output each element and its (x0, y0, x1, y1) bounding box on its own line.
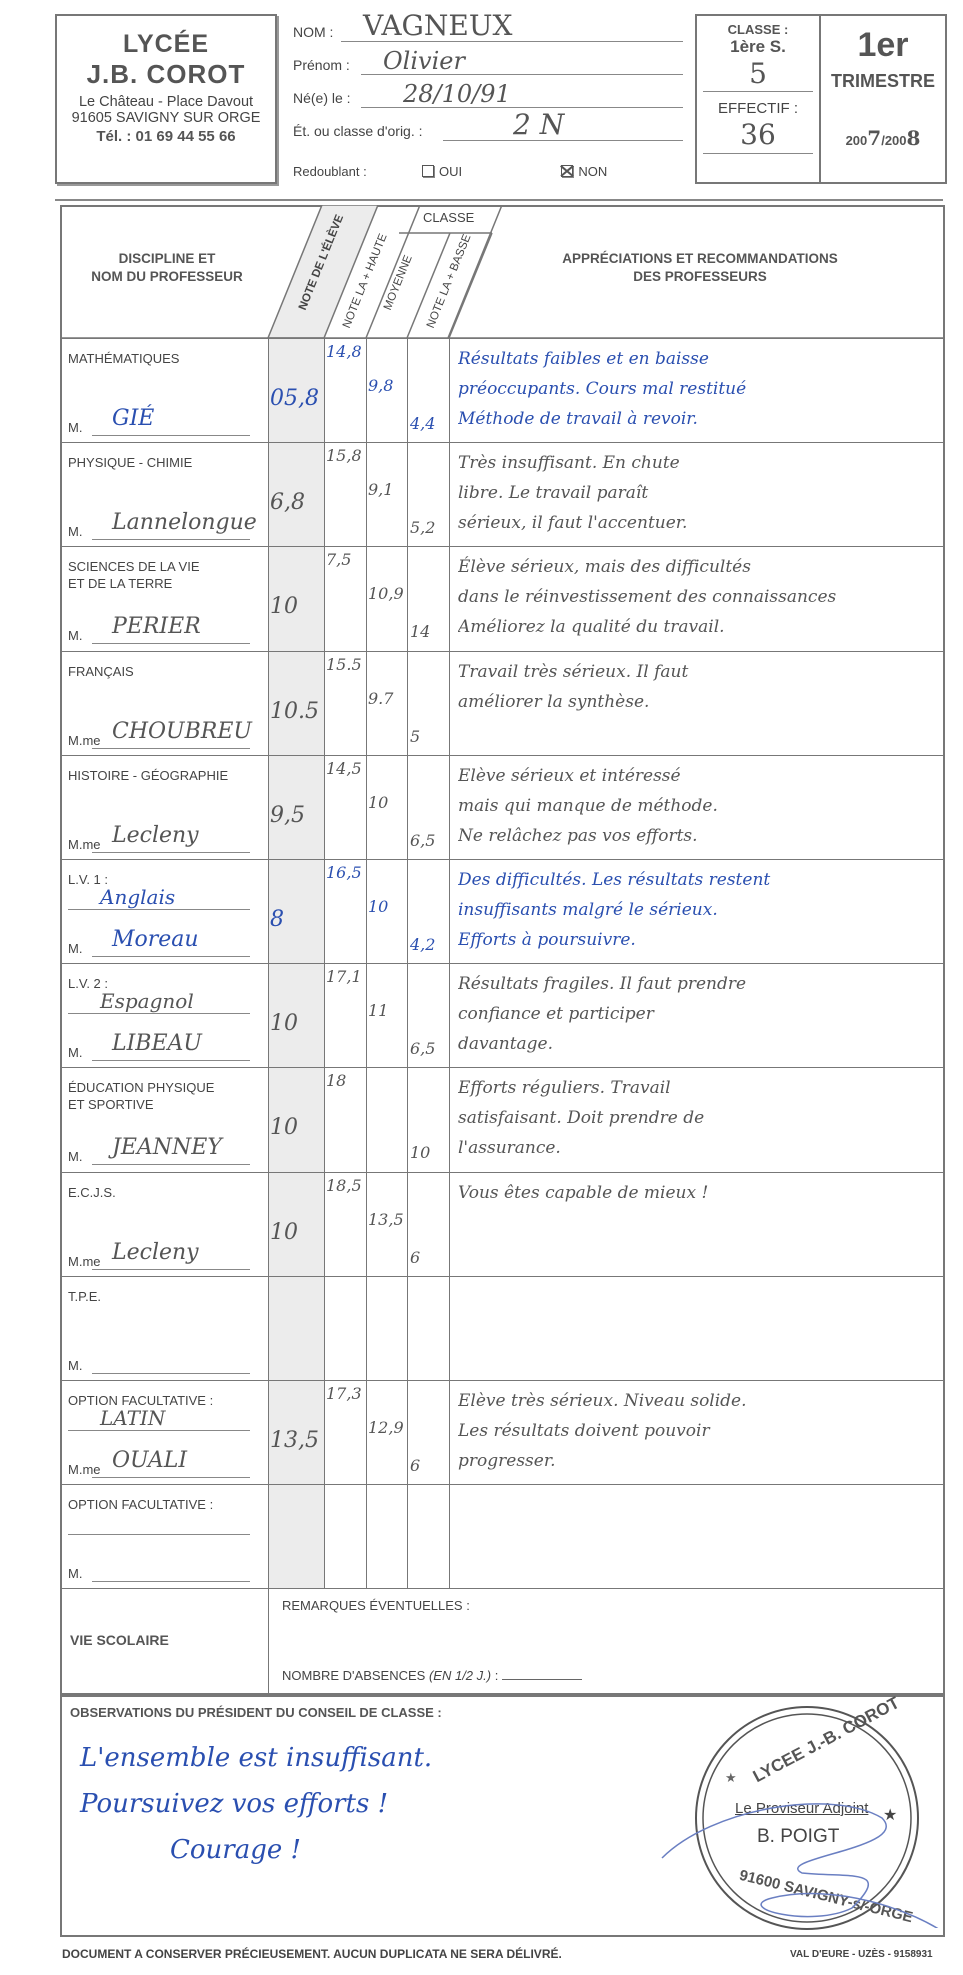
trimestre-label: TRIMESTRE (821, 71, 945, 92)
prenom-field[interactable]: Prénom : Olivier (293, 47, 683, 77)
note-eleve: 10 (270, 1115, 298, 1140)
subject-detail-line (68, 909, 250, 910)
moyenne: 10 (368, 793, 388, 812)
teacher-name: Moreau (112, 927, 199, 952)
observations-label: OBSERVATIONS DU PRÉSIDENT DU CONSEIL DE … (70, 1705, 442, 1720)
naissance-field[interactable]: Né(e) le : 28/10/91 (293, 80, 683, 110)
teacher-line (92, 539, 250, 540)
appreciation: Elève sérieux et intéressémais qui manqu… (458, 761, 938, 851)
note-haute: 15.5 (326, 655, 362, 674)
teacher-name: PERIER (112, 614, 201, 639)
row-line (60, 1484, 945, 1485)
subject-detail: Anglais (100, 885, 175, 909)
prenom-value: Olivier (383, 47, 465, 75)
appreciation: Résultats faibles et en baissepréoccupan… (458, 344, 938, 434)
subject-name: PHYSIQUE - CHIMIE (68, 454, 192, 471)
naissance-value: 28/10/91 (403, 80, 511, 108)
nom-label: NOM : (293, 24, 333, 40)
note-basse: 5 (410, 727, 420, 746)
teacher-line (92, 1060, 250, 1061)
teacher-prefix: M.me (68, 733, 101, 748)
note-basse: 6,5 (410, 831, 435, 850)
appreciation: Résultats fragiles. Il faut prendreconfi… (458, 969, 938, 1059)
school-name-line1: LYCÉE (57, 30, 275, 59)
row-line (60, 755, 945, 756)
row-line (60, 1067, 945, 1068)
observations-text: L'ensemble est insuffisant. Poursuivez v… (80, 1735, 432, 1873)
absences-value[interactable] (502, 1679, 582, 1680)
teacher-prefix: M. (68, 941, 82, 956)
non-label: NON (578, 164, 607, 179)
non-checkbox[interactable] (561, 165, 573, 177)
school-phone: Tél. : 01 69 44 55 66 (57, 128, 275, 145)
teacher-line (92, 1581, 250, 1582)
school-name-line2: J.B. COROT (57, 59, 275, 90)
teacher-name: LIBEAU (112, 1031, 202, 1056)
note-basse: 10 (410, 1143, 430, 1162)
naissance-label: Né(e) le : (293, 90, 351, 106)
teacher-prefix: M.me (68, 1254, 101, 1269)
teacher-name: Lecleny (112, 823, 199, 848)
moyenne: 10 (368, 897, 388, 916)
note-basse: 4,4 (410, 414, 435, 433)
note-haute: 18,5 (326, 1176, 362, 1195)
col-line (268, 1588, 269, 1695)
note-eleve: 10 (270, 1011, 298, 1036)
note-basse: 4,2 (410, 935, 435, 954)
note-basse: 6 (410, 1248, 420, 1267)
subject-detail: LATIN (100, 1406, 165, 1430)
header-classe: CLASSE (423, 210, 474, 225)
subject-name: FRANÇAIS (68, 663, 134, 680)
teacher-prefix: M. (68, 1045, 82, 1060)
moyenne: 10,9 (368, 584, 404, 603)
teacher-name: CHOUBREU (112, 719, 252, 744)
note-basse: 6,5 (410, 1039, 435, 1058)
note-eleve: 13,5 (270, 1428, 319, 1453)
footer-notice: DOCUMENT A CONSERVER PRÉCIEUSEMENT. AUCU… (62, 1947, 562, 1961)
row-line (60, 338, 945, 339)
teacher-name: GIÉ (112, 406, 154, 431)
row-line (60, 1276, 945, 1277)
teacher-line (92, 1373, 250, 1374)
moyenne: 13,5 (368, 1210, 404, 1229)
row-line (60, 1172, 945, 1173)
moyenne: 11 (368, 1001, 388, 1020)
header-discipline: DISCIPLINE ETNOM DU PROFESSEUR (72, 250, 262, 286)
header-appreciations: APPRÉCIATIONS ET RECOMMANDATIONSDES PROF… (520, 250, 880, 286)
subject-detail-line (68, 1013, 250, 1014)
teacher-line (92, 748, 250, 749)
subject-detail-line (68, 1534, 250, 1535)
signature-scribble (652, 1708, 952, 1928)
moyenne: 9.7 (368, 689, 393, 708)
classe-level: 1ère S. (697, 37, 819, 57)
note-haute: 18 (326, 1071, 346, 1090)
teacher-prefix: M. (68, 524, 82, 539)
teacher-name: Lecleny (112, 1240, 199, 1265)
teacher-prefix: M. (68, 420, 82, 435)
note-eleve: 10 (270, 1220, 298, 1245)
teacher-line (92, 956, 250, 957)
appreciation: Travail très sérieux. Il fautaméliorer l… (458, 657, 938, 717)
note-haute: 16,5 (326, 863, 362, 882)
absences-row: NOMBRE D'ABSENCES (EN 1/2 J.) : (282, 1668, 582, 1683)
row-line (60, 963, 945, 964)
subject-name: SCIENCES DE LA VIEET DE LA TERRE (68, 558, 200, 592)
oui-label: OUI (439, 164, 462, 179)
teacher-name: Lannelongue (112, 510, 257, 535)
appreciation: Vous êtes capable de mieux ! (458, 1178, 938, 1208)
teacher-line (92, 435, 250, 436)
moyenne: 9,1 (368, 480, 393, 499)
note-eleve: 6,8 (270, 490, 305, 515)
note-eleve: 8 (270, 907, 284, 932)
effectif-value: 36 (703, 117, 813, 154)
teacher-prefix: M. (68, 1149, 82, 1164)
remarques-label: REMARQUES ÉVENTUELLES : (282, 1598, 470, 1613)
effectif-label: EFFECTIF : (697, 100, 819, 117)
school-stamp: ★ ★ LYCEE J.-B. COROT Le Proviseur Adjoi… (695, 1706, 919, 1930)
note-eleve: 10.5 (270, 699, 319, 724)
row-line (60, 442, 945, 443)
subject-name: ÉDUCATION PHYSIQUEET SPORTIVE (68, 1079, 214, 1113)
teacher-line (92, 1477, 250, 1478)
row-line (60, 1588, 945, 1589)
redoublant-label: Redoublant : (293, 164, 367, 179)
note-basse: 6 (410, 1456, 420, 1475)
row-line (60, 546, 945, 547)
trimestre-ordinal: 1er (821, 26, 945, 65)
subject-name: OPTION FACULTATIVE : (68, 1496, 213, 1513)
nom-field[interactable]: NOM : VAGNEUX (293, 14, 683, 44)
footer-printer: VAL D'EURE - UZÈS - 9158931 (790, 1949, 933, 1960)
teacher-name: JEANNEY (112, 1135, 222, 1160)
school-address2: 91605 SAVIGNY SUR ORGE (57, 110, 275, 126)
teacher-name: OUALI (112, 1448, 187, 1473)
row-line (60, 859, 945, 860)
oui-checkbox[interactable] (422, 165, 434, 177)
note-basse: 14 (410, 622, 430, 641)
note-haute: 15,8 (326, 446, 362, 465)
classe-number: 5 (703, 57, 813, 92)
note-haute: 7,5 (326, 550, 351, 569)
origine-value: 2 N (513, 108, 564, 141)
redoublant-row: Redoublant : OUI NON (293, 164, 607, 179)
school-header: LYCÉE J.B. COROT Le Château - Place Davo… (55, 14, 277, 184)
note-eleve: 05,8 (270, 386, 319, 411)
trimestre-box: 1er TRIMESTRE 2007/2008 (819, 14, 947, 184)
subject-name: T.P.E. (68, 1288, 101, 1305)
row-line (60, 1380, 945, 1381)
vie-scolaire-label: VIE SCOLAIRE (70, 1632, 169, 1648)
subject-detail-line (68, 1430, 250, 1431)
appreciation: Très insuffisant. En chutelibre. Le trav… (458, 448, 938, 538)
note-haute: 17,1 (326, 967, 362, 986)
teacher-prefix: M.me (68, 837, 101, 852)
classe-label: CLASSE : (697, 22, 819, 37)
absences-label: NOMBRE D'ABSENCES (282, 1668, 425, 1683)
teacher-prefix: M. (68, 1358, 82, 1373)
classe-box: CLASSE : 1ère S. 5 EFFECTIF : 36 (695, 14, 821, 184)
teacher-prefix: M. (68, 628, 82, 643)
school-address1: Le Château - Place Davout (57, 94, 275, 110)
row-line (60, 651, 945, 652)
teacher-prefix: M.me (68, 1462, 101, 1477)
teacher-prefix: M. (68, 1566, 82, 1581)
appreciation: Elève très sérieux. Niveau solide.Les ré… (458, 1386, 938, 1476)
moyenne: 9,8 (368, 376, 393, 395)
teacher-line (92, 1269, 250, 1270)
note-eleve: 9,5 (270, 803, 305, 828)
subject-name: E.C.J.S. (68, 1184, 116, 1201)
note-haute: 14,5 (326, 759, 362, 778)
teacher-line (92, 852, 250, 853)
appreciation: Efforts réguliers. Travailsatisfaisant. … (458, 1073, 938, 1163)
subject-name: MATHÉMATIQUES (68, 350, 179, 367)
absences-unit: (EN 1/2 J.) (429, 1668, 491, 1683)
nom-value: VAGNEUX (363, 9, 512, 42)
header-divider (55, 199, 943, 201)
teacher-line (92, 643, 250, 644)
prenom-label: Prénom : (293, 57, 350, 73)
teacher-line (92, 1164, 250, 1165)
note-haute: 14,8 (326, 342, 362, 361)
origine-field[interactable]: Ét. ou classe d'orig. : 2 N (293, 113, 683, 143)
appreciation: Élève sérieux, mais des difficultésdans … (458, 552, 938, 642)
moyenne: 12,9 (368, 1418, 404, 1437)
note-basse: 5,2 (410, 518, 435, 537)
appreciation: Des difficultés. Les résultats restentin… (458, 865, 938, 955)
note-eleve: 10 (270, 594, 298, 619)
subject-name: HISTOIRE - GÉOGRAPHIE (68, 767, 228, 784)
school-year: 2007/2008 (821, 126, 945, 150)
note-haute: 17,3 (326, 1384, 362, 1403)
subject-detail: Espagnol (100, 989, 194, 1013)
origine-label: Ét. ou classe d'orig. : (293, 123, 423, 139)
